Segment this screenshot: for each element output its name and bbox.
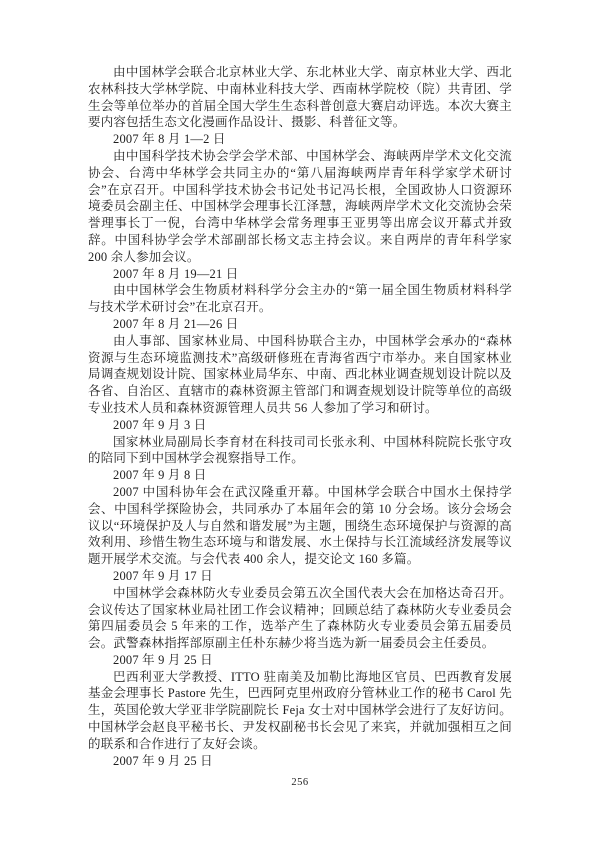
paragraph: 由人事部、国家林业局、中国科协联合主办，中国林学会承办的“森林资源与生态环境监测… (88, 333, 512, 417)
date-heading: 2007 年 8 月 1—2 日 (88, 131, 512, 148)
date-heading: 2007 年 8 月 21—26 日 (88, 316, 512, 333)
document-page: 由中国林学会联合北京林业大学、东北林业大学、南京林业大学、西北农林科技大学林学院… (0, 0, 600, 848)
date-heading: 2007 年 9 月 25 日 (88, 753, 512, 770)
paragraph: 2007 中国科协年会在武汉隆重开幕。中国林学会联合中国水土保持学会、中国科学探… (88, 484, 512, 568)
date-heading: 2007 年 9 月 17 日 (88, 568, 512, 585)
paragraph: 由中国林学会联合北京林业大学、东北林业大学、南京林业大学、西北农林科技大学林学院… (88, 64, 512, 131)
paragraph: 巴西利亚大学教授、ITTO 驻南美及加勒比海地区官员、巴西教育发展基金会理事长 … (88, 669, 512, 753)
date-heading: 2007 年 8 月 19—21 日 (88, 266, 512, 283)
date-heading: 2007 年 9 月 3 日 (88, 417, 512, 434)
date-heading: 2007 年 9 月 25 日 (88, 652, 512, 669)
page-number: 256 (0, 777, 600, 788)
entries-container: 由中国林学会联合北京林业大学、东北林业大学、南京林业大学、西北农林科技大学林学院… (88, 64, 512, 769)
paragraph: 由中国林学会生物质材料科学分会主办的“第一届全国生物质材料科学与技术学术研讨会”… (88, 282, 512, 316)
date-heading: 2007 年 9 月 8 日 (88, 467, 512, 484)
paragraph: 国家林业局副局长李育材在科技司司长张永利、中国林科院院长张守攻的陪同下到中国林学… (88, 434, 512, 468)
paragraph: 由中国科学技术协会学会学术部、中国林学会、海峡两岸学术文化交流协会、台湾中华林学… (88, 148, 512, 266)
paragraph: 中国林学会森林防火专业委员会第五次全国代表大会在加格达奇召开。会议传达了国家林业… (88, 585, 512, 652)
